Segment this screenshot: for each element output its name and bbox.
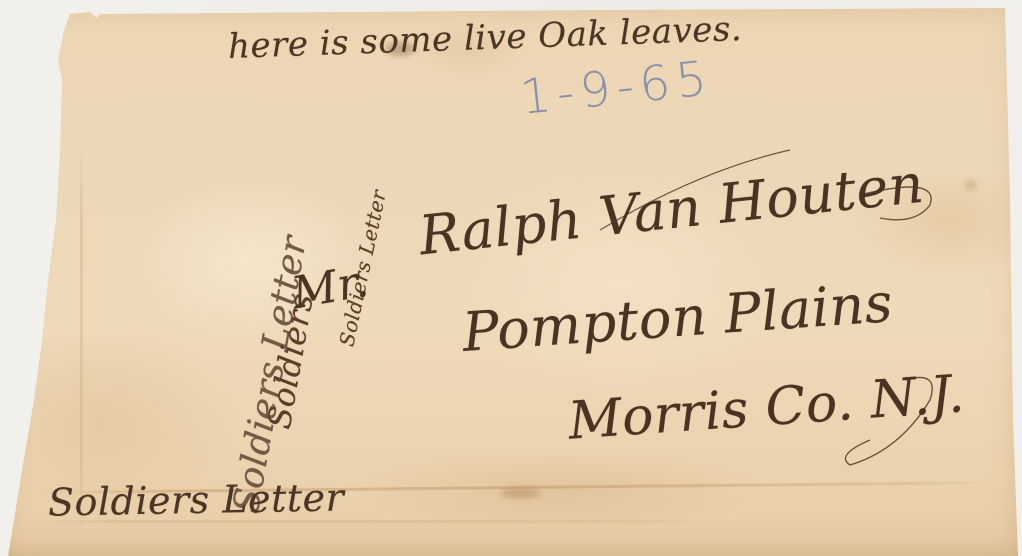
address-county-state: Morris Co. N.J. bbox=[566, 364, 966, 452]
address-town: Pompton Plains bbox=[460, 271, 895, 364]
stain-spot bbox=[966, 180, 976, 190]
address-name: Ralph Van Houten bbox=[416, 152, 927, 268]
stain-spot bbox=[500, 488, 540, 498]
pencil-date-text: 1-9-65 bbox=[518, 50, 716, 126]
envelope: here is some live Oak leaves. 1-9-65 Sol… bbox=[0, 0, 1022, 556]
bottom-note-text: Soldiers Letter bbox=[48, 475, 345, 524]
